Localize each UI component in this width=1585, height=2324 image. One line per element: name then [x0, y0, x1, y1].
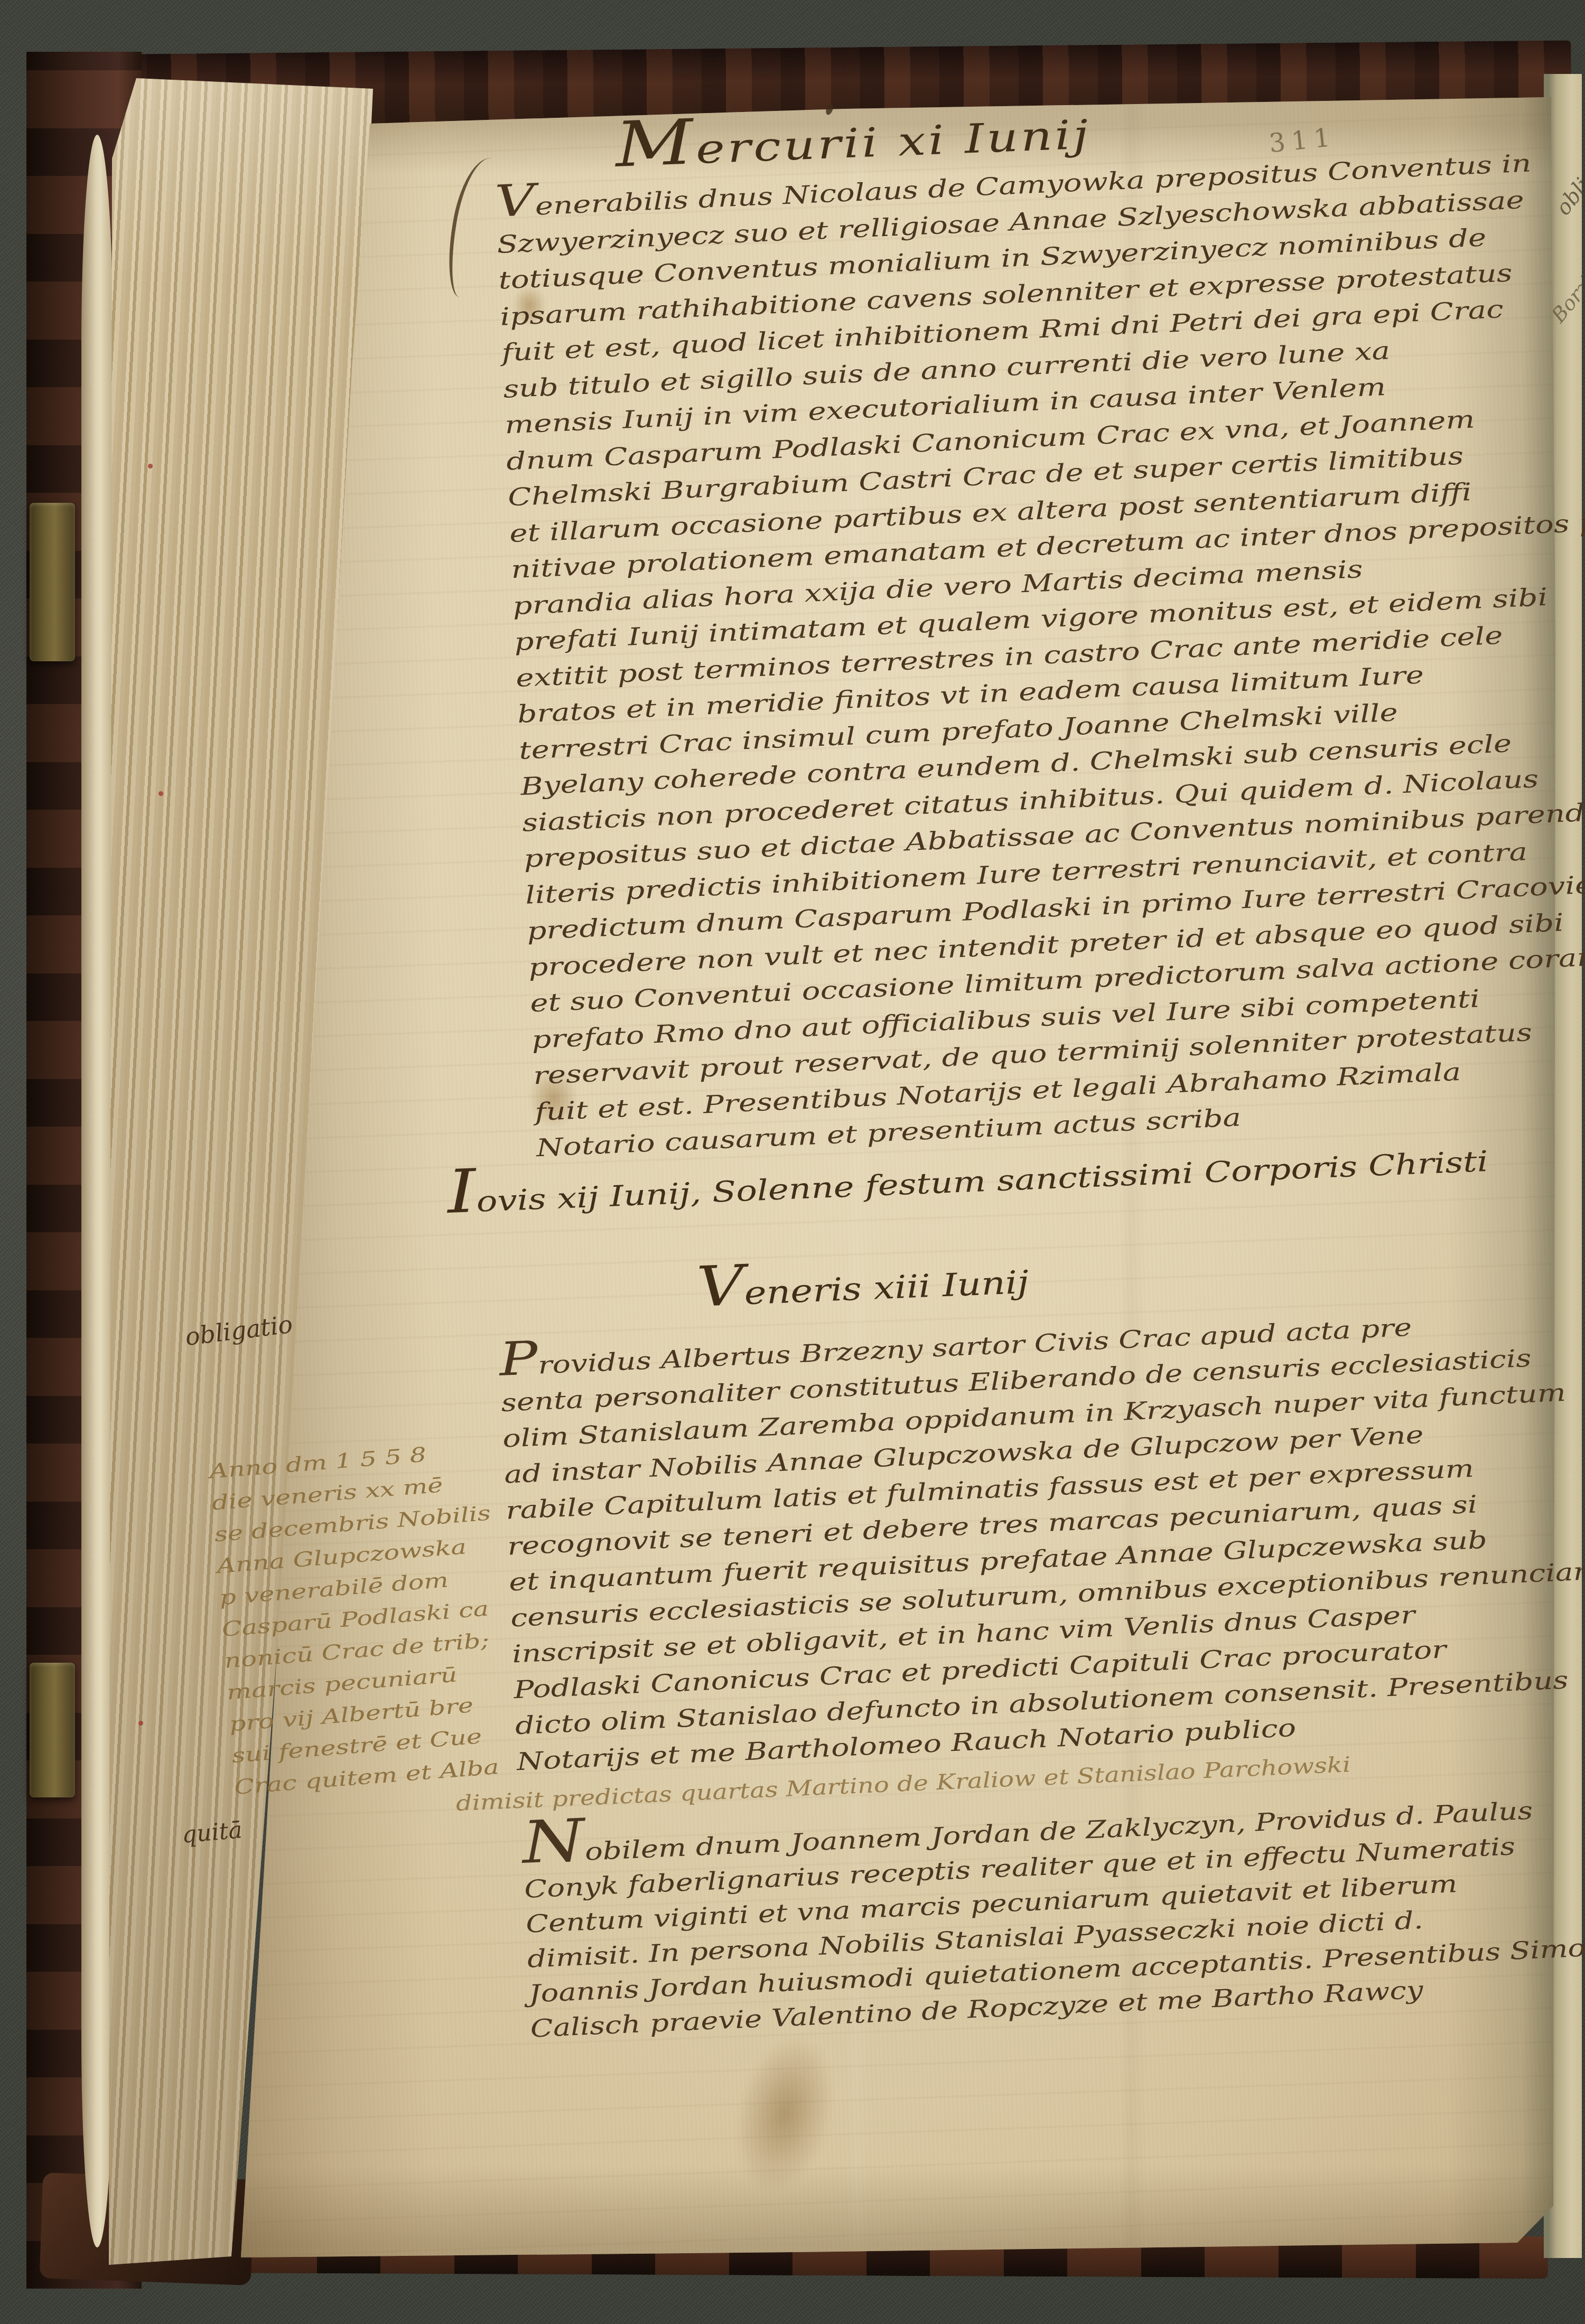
entry-obligatio-text: Providus Albertus Brzezny sartor Civis C…: [499, 1309, 1420, 1779]
small-stain: [512, 285, 546, 325]
ink-stain: [528, 1068, 579, 1129]
red-speck: [158, 791, 163, 796]
manuscript-photo: obliga Borzk Mercurii xi Iunij 311 Vener…: [0, 0, 1585, 2324]
margin-note-date-1558: Anno dm 1 5 5 8die veneris xx mēse decem…: [208, 1439, 448, 1803]
red-speck: [138, 1721, 143, 1726]
brass-clasp-lower: [30, 1663, 75, 1797]
red-speck: [148, 464, 153, 468]
brass-clasp-upper: [30, 503, 75, 661]
flyleaf-fore-edge: [81, 135, 113, 2247]
margin-note-quietatio: quitā: [181, 1816, 244, 1849]
entry-quietatio-text: Nobilem dnum Joannem Jordan de Zaklyczyn…: [522, 1796, 1465, 2046]
entry-protestatio-text: Venerabilis dnus Nicolaus de Camyowka pr…: [495, 151, 1437, 1166]
